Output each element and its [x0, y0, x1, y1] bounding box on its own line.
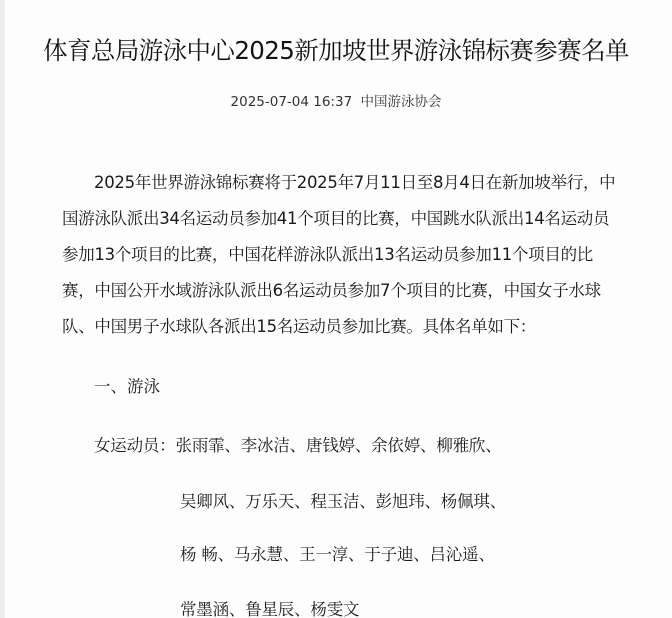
- intro-line: 队、中国男子水球队各派出15名运动员参加比赛。具体名单如下：: [62, 313, 536, 337]
- group-label: 女运动员：: [94, 436, 176, 455]
- publish-datetime: 2025-07-04 16:37: [231, 94, 353, 110]
- intro-line: 2025年世界游泳锦标赛将于2025年7月11日至8月4日在新加坡举行，中: [94, 169, 615, 193]
- document-meta: 2025-07-04 16:37 中国游泳协会: [0, 90, 672, 110]
- intro-line: 国游泳队派出34名运动员参加41个项目的比赛，中国跳水队派出14名运动员: [62, 205, 609, 229]
- section-heading-swimming: 一、游泳: [94, 373, 160, 397]
- athlete-names: 常墨涵、鲁星辰、杨雯文: [180, 596, 359, 618]
- intro-line: 参加13个项目的比赛，中国花样游泳队派出13名运动员参加11个项目的比: [62, 241, 593, 265]
- intro-line: 赛，中国公开水域游泳队派出6名运动员参加7个项目的比赛，中国女子水球: [62, 277, 601, 301]
- document-title: 体育总局游泳中心2025新加坡世界游泳锦标赛参赛名单: [0, 32, 672, 67]
- athletes-line: 女运动员：张雨霏、李冰洁、唐钱婷、余依婷、柳雅欣、: [94, 432, 502, 456]
- athlete-names: 吴卿风、万乐天、程玉洁、彭旭玮、杨佩琪、: [180, 488, 506, 512]
- athlete-names: 杨 畅、马永慧、王一淳、于子迪、吕沁遥、: [180, 541, 495, 565]
- athlete-names: 张雨霏、李冰洁、唐钱婷、余依婷、柳雅欣、: [176, 436, 502, 455]
- publisher-name: 中国游泳协会: [360, 94, 441, 110]
